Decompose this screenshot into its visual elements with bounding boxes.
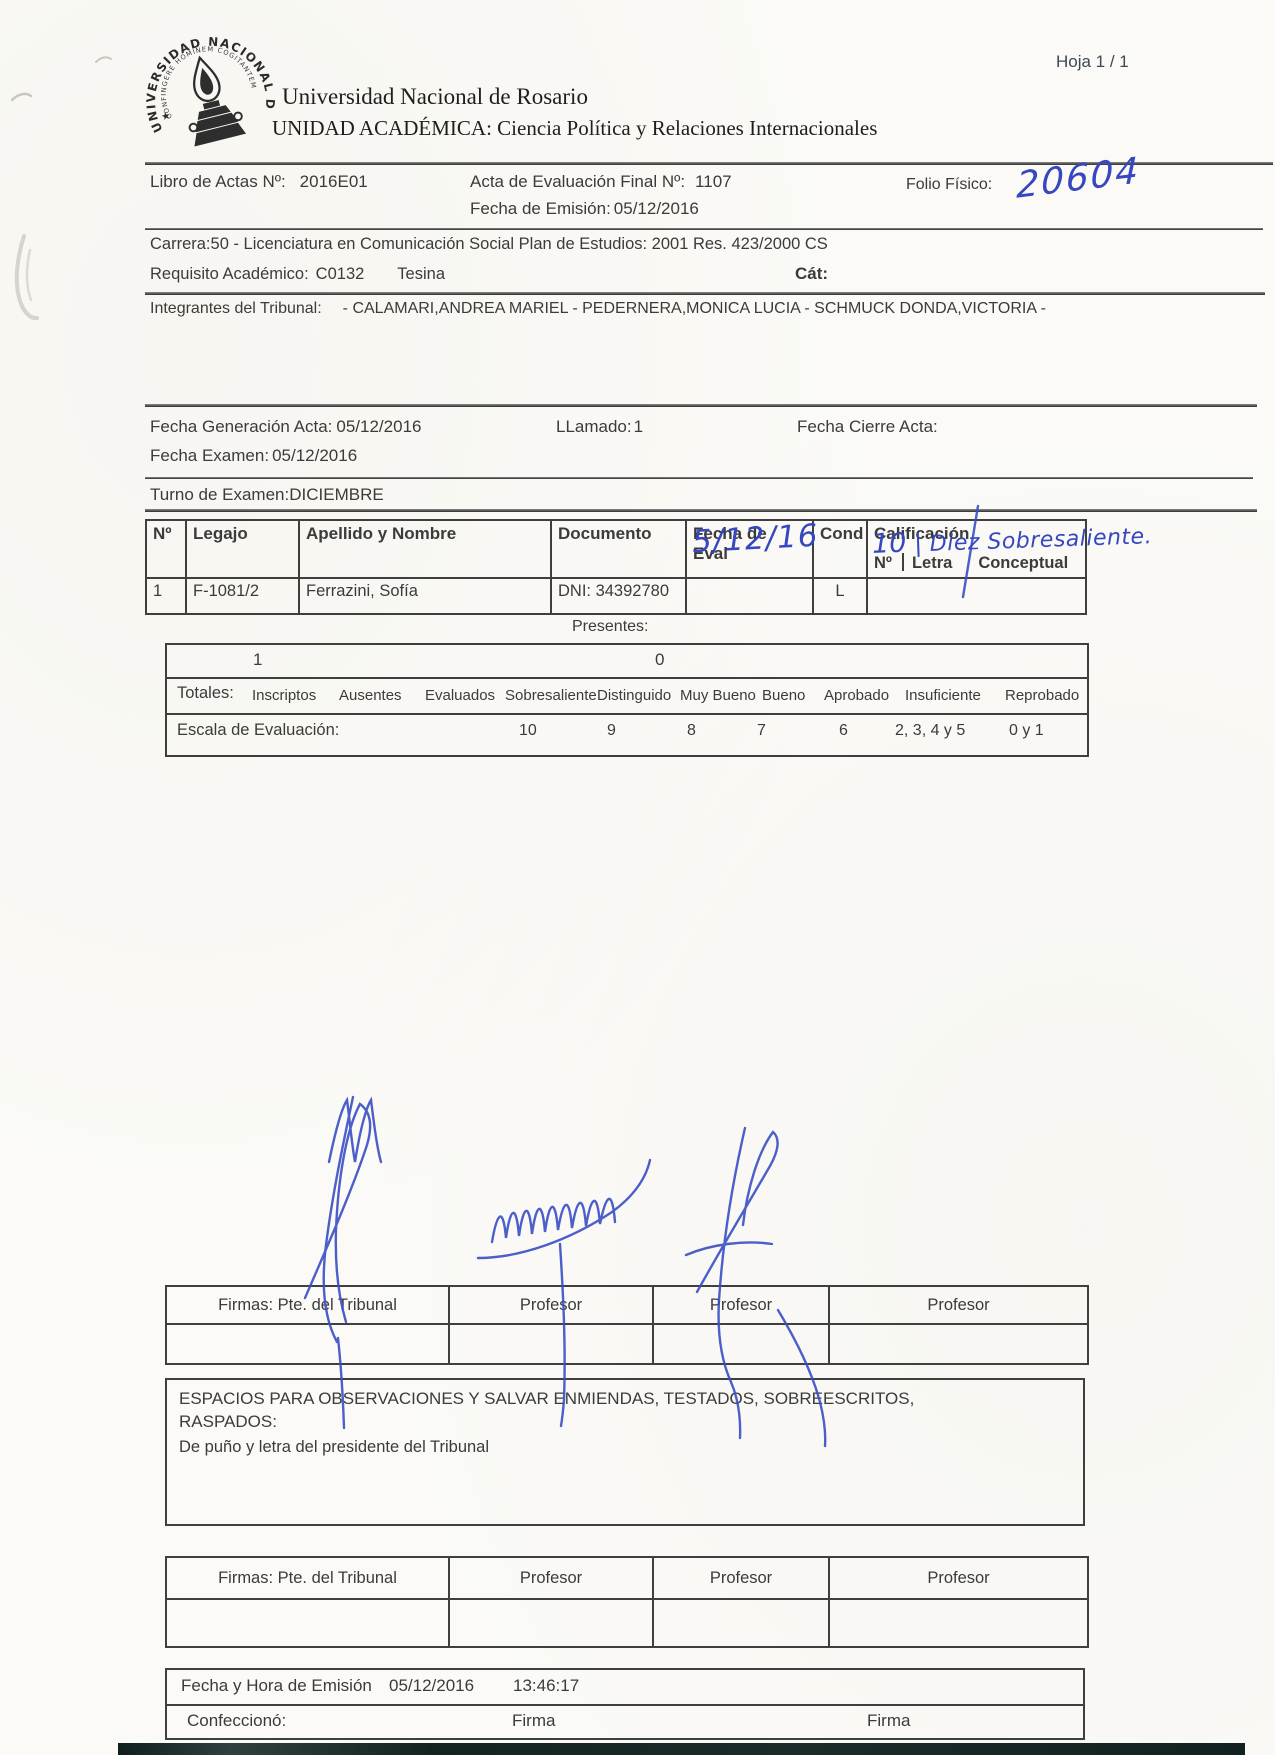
acta-num-label: Acta de Evaluación Final Nº: xyxy=(470,172,685,192)
divider xyxy=(145,509,1257,512)
inscriptos-count: 1 xyxy=(253,650,262,670)
carrera-line: Carrera:50 - Licenciatura en Comunicació… xyxy=(150,235,828,254)
tribunal-label: Integrantes del Tribunal: xyxy=(150,300,322,318)
col-header-legajo: Legajo xyxy=(187,521,300,577)
observaciones-box: ESPACIOS PARA OBSERVACIONES Y SALVAR ENM… xyxy=(165,1378,1085,1526)
escala-insuficiente: 2, 3, 4 y 5 xyxy=(895,722,965,740)
cat-inscriptos: Inscriptos xyxy=(252,687,316,704)
totales-label: Totales: xyxy=(177,684,234,703)
presentes-count: 0 xyxy=(655,650,664,670)
student-calificacion-cell xyxy=(868,579,1085,613)
firma-footer-label: Firma xyxy=(512,1711,555,1731)
divider xyxy=(167,713,1087,715)
student-nro: 1 xyxy=(147,579,187,613)
catedra-label: Cát: xyxy=(795,264,828,284)
llamado-label: LLamado: xyxy=(556,417,632,437)
firma-profesor-label: Profesor xyxy=(450,1287,654,1323)
cat-ausentes: Ausentes xyxy=(339,687,402,704)
torch-icon xyxy=(174,51,246,146)
university-name: Universidad Nacional de Rosario xyxy=(282,84,588,110)
firma-profesor-label: Profesor xyxy=(830,1558,1087,1598)
observaciones-line2: RASPADOS: xyxy=(179,1411,1071,1434)
fecha-examen-value: 05/12/2016 xyxy=(272,446,357,466)
firma-cell-empty xyxy=(654,1600,830,1646)
calif-nro-handwritten: 10 xyxy=(872,528,907,560)
divider xyxy=(145,404,1257,407)
firma-profesor-label: Profesor xyxy=(654,1287,830,1323)
requisito-name: Tesina xyxy=(397,265,445,284)
tribunal-members: - CALAMARI,ANDREA MARIEL - PEDERNERA,MON… xyxy=(343,300,1046,318)
fecha-generacion-label: Fecha Generación Acta: xyxy=(150,417,332,437)
firmas-table-2: Firmas: Pte. del Tribunal Profesor Profe… xyxy=(165,1556,1089,1648)
firma-cell-empty xyxy=(450,1600,654,1646)
presentes-label: Presentes: xyxy=(572,618,648,636)
cat-evaluados: Evaluados xyxy=(425,687,495,704)
escala-8: 8 xyxy=(687,722,696,740)
fecha-examen-label: Fecha Examen: xyxy=(150,446,269,466)
scan-artifacts xyxy=(12,57,111,318)
confecciono-label: Confeccionó: xyxy=(187,1711,286,1731)
university-seal-icon: UNIVERSIDAD NACIONAL DE ROSARIO CONFINGE… xyxy=(124,13,294,177)
cat-reprobado: Reprobado xyxy=(1005,687,1079,704)
firma-cell-empty xyxy=(830,1325,1087,1363)
requisito-label: Requisito Académico: xyxy=(150,265,309,284)
fecha-generacion-value: 05/12/2016 xyxy=(336,417,421,437)
folio-fisico-label: Folio Físico: xyxy=(906,176,992,194)
firma-cell-empty xyxy=(654,1325,830,1363)
academic-unit-title: UNIDAD ACADÉMICA: Ciencia Política y Rel… xyxy=(272,116,877,141)
escala-7: 7 xyxy=(757,722,766,740)
cat-aprobado: Aprobado xyxy=(824,687,889,704)
student-documento: DNI: 34392780 xyxy=(552,579,687,613)
sheet-number: Hoja 1 / 1 xyxy=(1056,52,1129,72)
cat-insuficiente: Insuficiente xyxy=(905,687,981,704)
emision-fecha-hora-label: Fecha y Hora de Emisión xyxy=(181,1676,372,1696)
cat-muy-bueno: Muy Bueno xyxy=(680,687,756,704)
emision-fecha-value: 05/12/2016 xyxy=(389,1676,474,1696)
divider xyxy=(145,292,1265,295)
firma-cell-empty xyxy=(167,1600,450,1646)
emision-box: Fecha y Hora de Emisión 05/12/2016 13:46… xyxy=(165,1668,1085,1740)
firma-profesor-label: Profesor xyxy=(450,1558,654,1598)
fecha-cierre-label: Fecha Cierre Acta: xyxy=(797,417,938,437)
libro-actas-value: 2016E01 xyxy=(300,172,368,192)
student-nombre: Ferrazini, Sofía xyxy=(300,579,552,613)
student-legajo: F-1081/2 xyxy=(187,579,300,613)
cat-sobresaliente: Sobresaliente xyxy=(505,687,597,704)
fecha-eval-handwritten: 5/12/16 xyxy=(691,518,819,561)
fecha-emision-label: Fecha de Emisión: xyxy=(470,199,611,219)
firmas-table-1: Firmas: Pte. del Tribunal Profesor Profe… xyxy=(165,1285,1089,1365)
requisito-code: C0132 xyxy=(316,265,365,284)
escala-10: 10 xyxy=(519,722,537,740)
llamado-value: 1 xyxy=(634,417,643,437)
folio-fisico-handwritten: 20604 xyxy=(1016,150,1140,207)
firma-cell-empty xyxy=(450,1325,654,1363)
col-header-cond: Cond xyxy=(814,521,868,577)
scan-edge-bar xyxy=(118,1743,1245,1755)
observaciones-line3: De puño y letra del presidente del Tribu… xyxy=(179,1436,1071,1458)
firma-pte-label: Firmas: Pte. del Tribunal xyxy=(167,1287,450,1323)
col-header-nombre: Apellido y Nombre xyxy=(300,521,552,577)
escala-9: 9 xyxy=(607,722,616,740)
firma-cell-empty xyxy=(167,1325,450,1363)
calif-texto-handwritten: Diez Sobresaliente. xyxy=(929,524,1152,557)
turno-label: Turno de Examen: xyxy=(150,485,289,505)
firma-profesor-label: Profesor xyxy=(830,1287,1087,1323)
libro-actas-label: Libro de Actas Nº: xyxy=(150,172,286,192)
student-cond: L xyxy=(814,579,868,613)
escala-reprobado: 0 y 1 xyxy=(1009,722,1044,740)
calif-sub-conceptual: Conceptual xyxy=(978,554,1068,573)
escala-label: Escala de Evaluación: xyxy=(177,721,339,740)
firma-cell-empty xyxy=(830,1600,1087,1646)
divider xyxy=(145,228,1263,230)
col-header-documento: Documento xyxy=(552,521,687,577)
turno-value: DICIEMBRE xyxy=(289,485,383,505)
totales-box: 1 0 Totales: Inscriptos Ausentes Evaluad… xyxy=(165,643,1089,757)
student-row: 1 F-1081/2 Ferrazini, Sofía DNI: 3439278… xyxy=(147,579,1085,613)
escala-6: 6 xyxy=(839,722,848,740)
observaciones-line1: ESPACIOS PARA OBSERVACIONES Y SALVAR ENM… xyxy=(179,1388,1071,1411)
acta-num-value: 1107 xyxy=(695,172,732,192)
firma-footer-label: Firma xyxy=(867,1711,910,1731)
cat-distinguido: Distinguido xyxy=(597,687,671,704)
fecha-emision-value: 05/12/2016 xyxy=(614,199,699,219)
col-header-nro: Nº xyxy=(147,521,187,577)
emision-hora-value: 13:46:17 xyxy=(513,1676,579,1696)
cat-bueno: Bueno xyxy=(762,687,805,704)
firma-profesor-label: Profesor xyxy=(654,1558,830,1598)
scanned-acta-document: UNIVERSIDAD NACIONAL DE ROSARIO CONFINGE… xyxy=(0,0,1275,1755)
divider xyxy=(145,477,1253,479)
student-fecha-eval-cell xyxy=(687,579,814,613)
firma-pte-label: Firmas: Pte. del Tribunal xyxy=(167,1558,450,1598)
divider xyxy=(167,677,1087,679)
